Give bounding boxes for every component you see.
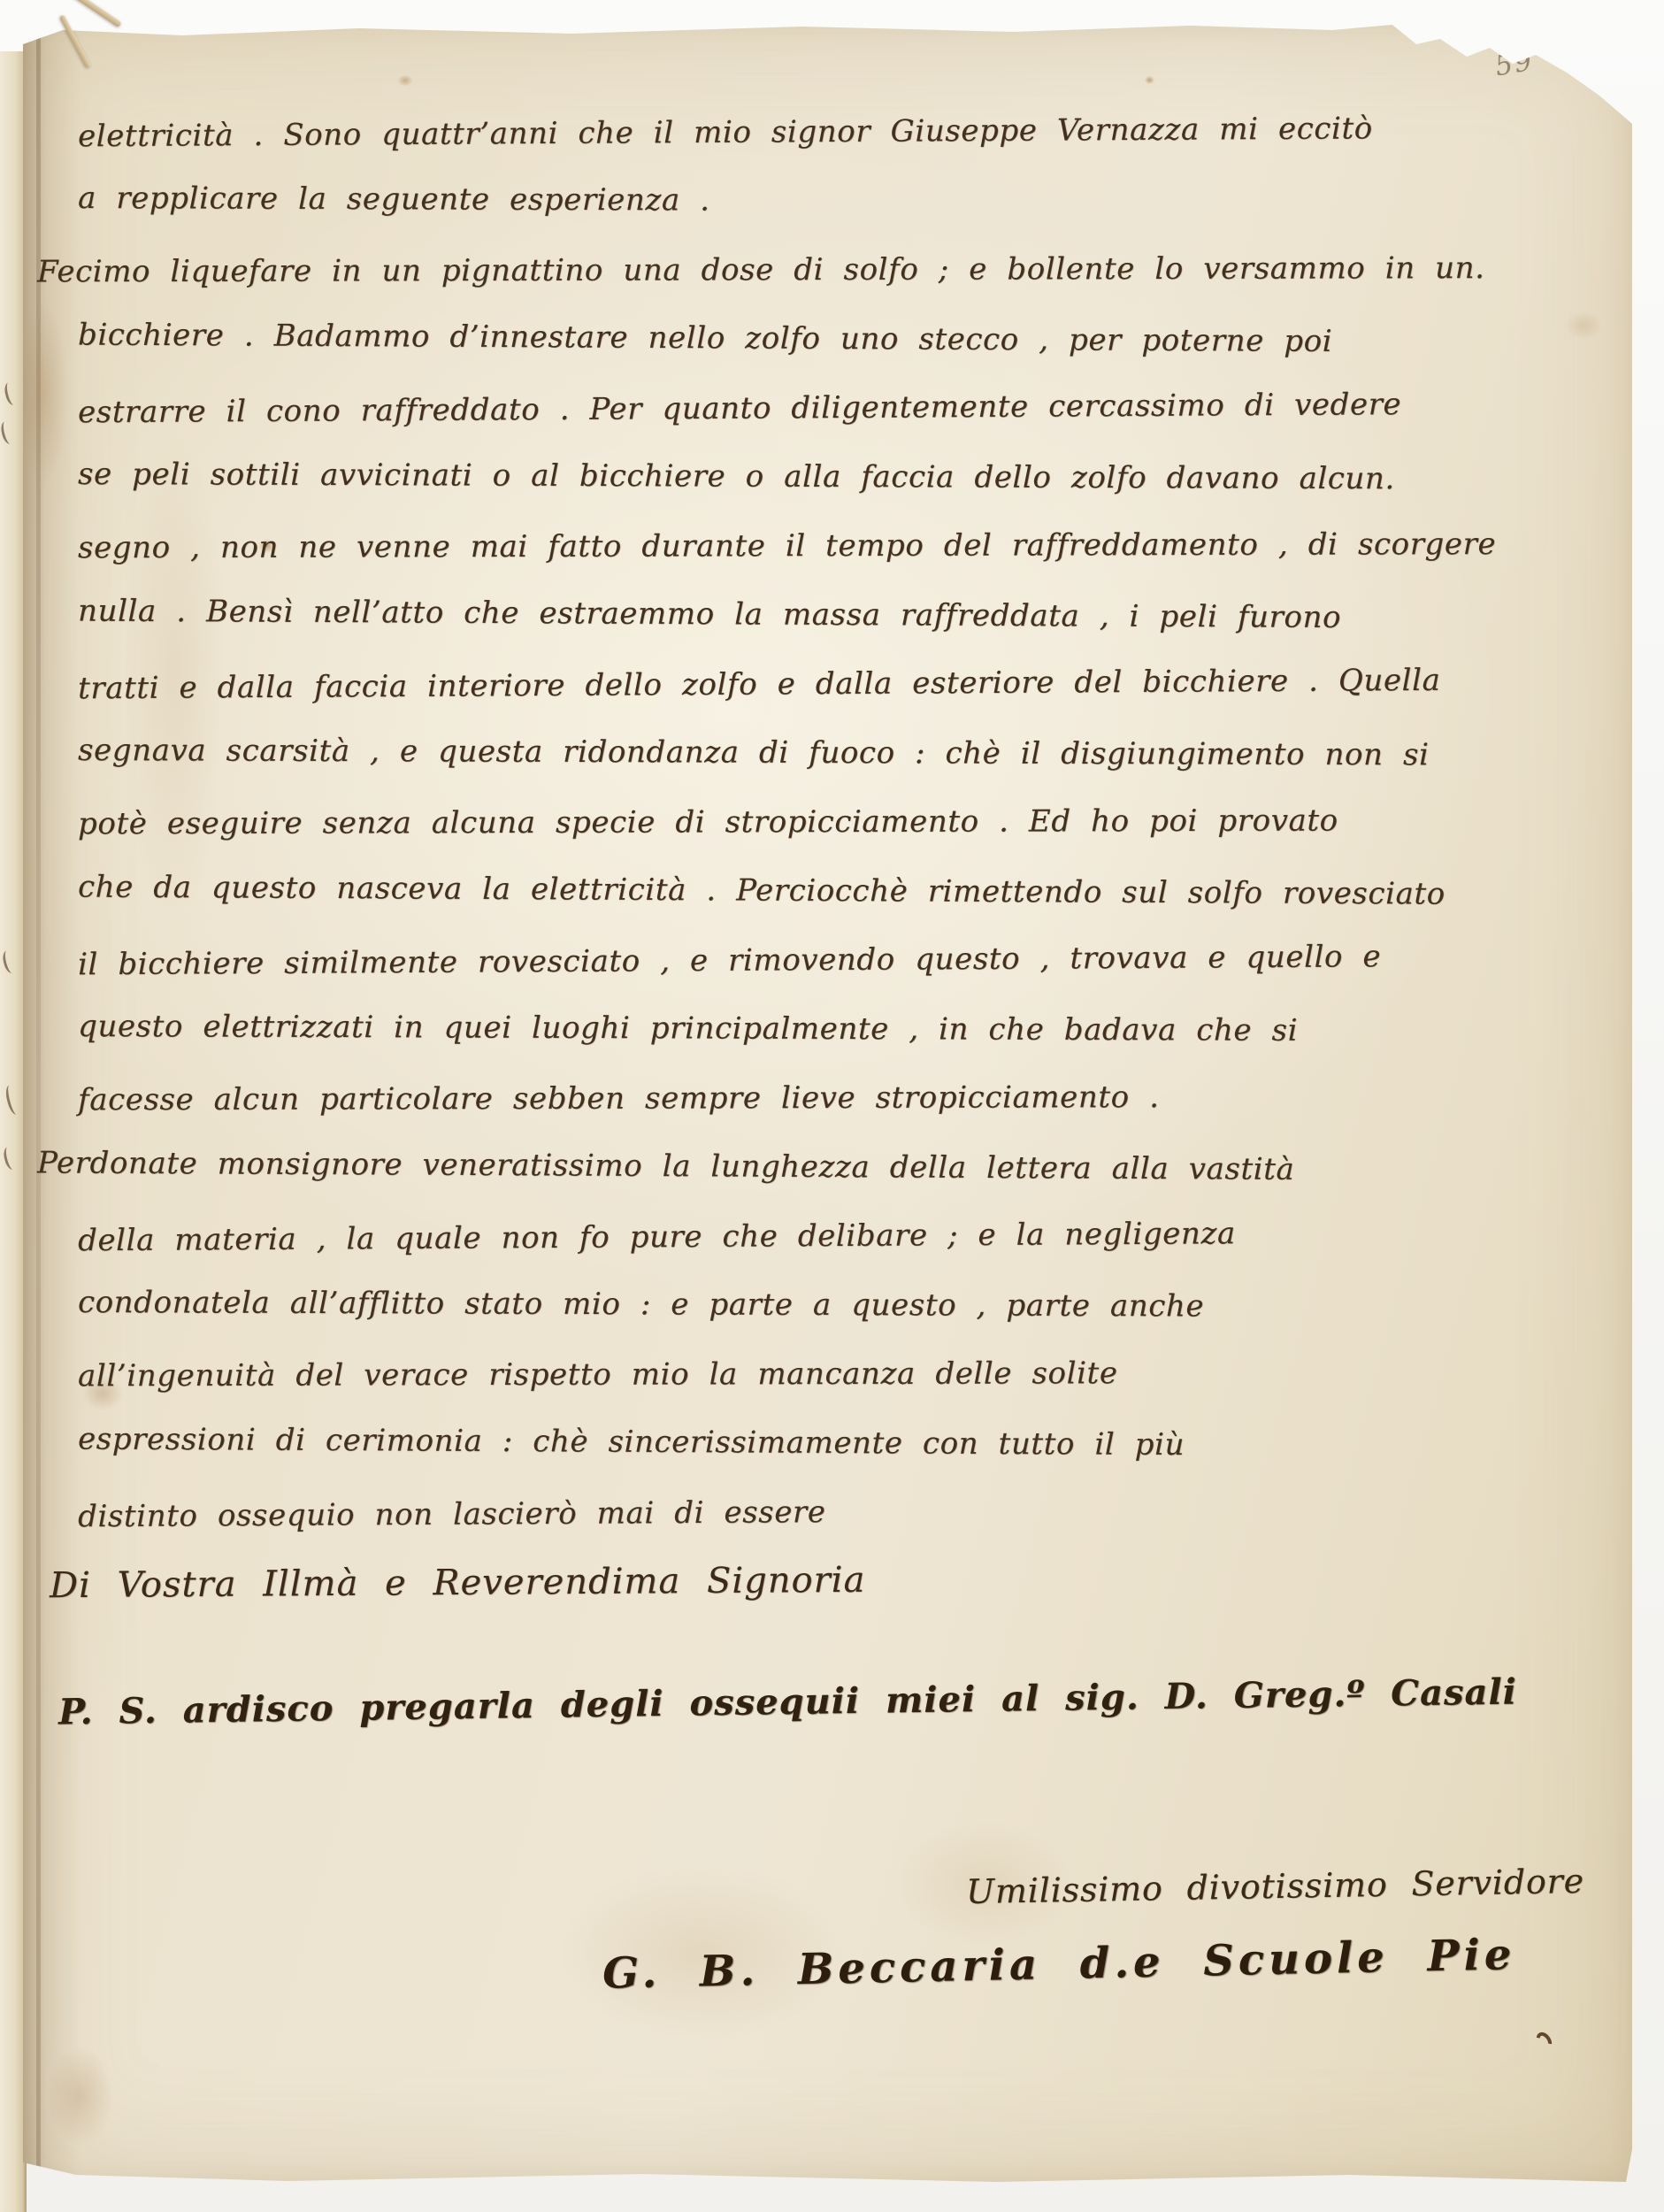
signature: G. B. Beccaria d.e Scuole Pie bbox=[602, 1930, 1516, 1999]
letter-line: il bicchiere similmente rovesciato , e r… bbox=[78, 921, 1600, 1000]
letter-line: condonatela all’afflitto stato mio : e p… bbox=[78, 1268, 1600, 1342]
letter-line: Fecimo liquefare in un pignattino una do… bbox=[37, 234, 1600, 307]
letter-line: che da questo nasceva la elettricità . P… bbox=[78, 852, 1600, 929]
letter-line: bicchiere . Badammo d’innestare nello zo… bbox=[78, 300, 1600, 377]
ink-showthrough-mark bbox=[3, 381, 19, 406]
letter-line: estrarre il cono raffreddato . Per quant… bbox=[78, 369, 1600, 448]
letter-line: segno , non ne venne mai fatto durante i… bbox=[78, 510, 1600, 583]
letter-line: espressioni di cerimonia : chè sinceriss… bbox=[78, 1404, 1600, 1481]
letter-line: nulla . Bensì nell’atto che estraemmo la… bbox=[78, 576, 1600, 653]
paper-fold-shadow bbox=[23, 21, 81, 2182]
closing-salutation: Umilissimo divotissimo Servidore bbox=[966, 1862, 1584, 1911]
letter-line: segnava scarsità , e questa ridondanza d… bbox=[78, 716, 1600, 790]
letter-line: della materia , la quale non fo pure che… bbox=[78, 1197, 1600, 1276]
paper-stain bbox=[395, 73, 416, 88]
letter-line: se peli sottili avvicinati o al bicchier… bbox=[78, 440, 1600, 514]
ink-showthrough-mark bbox=[1, 949, 18, 974]
postscript: P. S. ardisco pregarla degli ossequii mi… bbox=[58, 1671, 1517, 1732]
ink-showthrough-mark bbox=[0, 420, 16, 445]
letter-line: a repplicare la seguente esperienza . bbox=[78, 164, 1600, 238]
letter-line: distinto ossequio non lascierò mai di es… bbox=[78, 1473, 1600, 1552]
scan-background: 59 elettricità . Sono quattr’anni che il… bbox=[0, 0, 1664, 2212]
letter-line: Perdonate monsignore veneratissimo la lu… bbox=[37, 1128, 1600, 1205]
letter-line: potè eseguire senza alcuna specie di str… bbox=[78, 786, 1600, 859]
facing-page-edge bbox=[0, 51, 27, 2212]
letter-body: elettricità . Sono quattr’anni che il mi… bbox=[78, 97, 1600, 1547]
letter-page: 59 elettricità . Sono quattr’anni che il… bbox=[23, 21, 1632, 2182]
ink-showthrough-mark bbox=[2, 1146, 19, 1171]
paper-fold-crease bbox=[36, 21, 41, 2182]
valediction: Di Vostra Illmà e Reverendima Signoria bbox=[50, 1560, 866, 1606]
paper-stain bbox=[1143, 74, 1156, 86]
letter-line: questo elettrizzati in quei luoghi princ… bbox=[78, 992, 1600, 1066]
letter-line: facesse alcun particolare sebben sempre … bbox=[78, 1062, 1600, 1135]
binding-thread-segment bbox=[32, 0, 122, 27]
ink-showthrough-mark bbox=[4, 1084, 22, 1116]
ink-mark bbox=[1533, 2030, 1554, 2053]
letter-line: elettricità . Sono quattr’anni che il mi… bbox=[78, 93, 1600, 172]
letter-line: all’ingenuità del verace rispetto mio la… bbox=[78, 1338, 1600, 1411]
folio-number: 59 bbox=[1492, 45, 1536, 83]
letter-line: tratti e dalla faccia interiore dello zo… bbox=[78, 645, 1600, 724]
